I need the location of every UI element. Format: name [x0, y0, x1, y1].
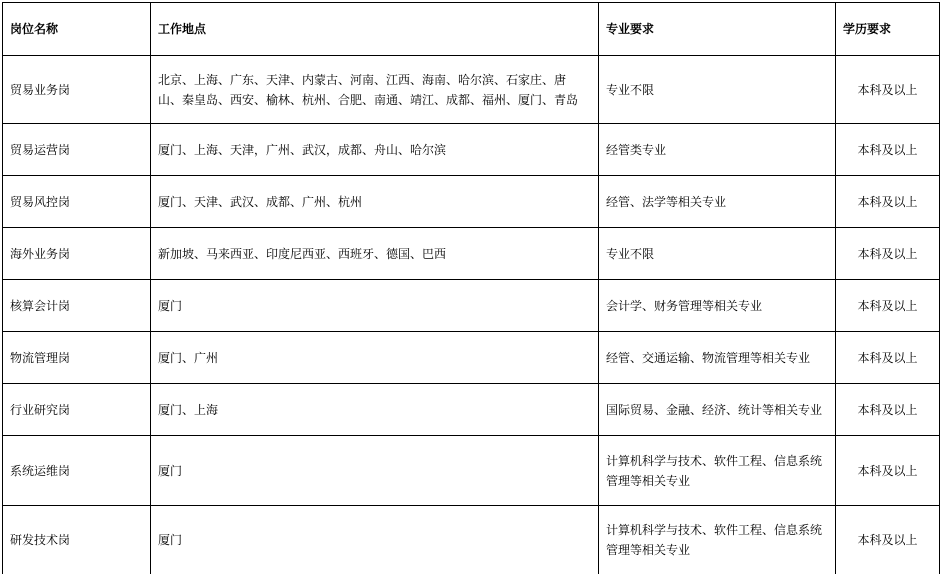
cell-position: 贸易运营岗 [3, 124, 151, 176]
cell-education: 本科及以上 [836, 280, 940, 332]
table-row: 贸易业务岗 北京、上海、广东、天津、内蒙古、河南、江西、海南、哈尔滨、石家庄、唐… [3, 56, 940, 124]
cell-major: 计算机科学与技术、软件工程、信息系统管理等相关专业 [599, 436, 836, 506]
cell-location: 厦门、天津、武汉、成都、广州、杭州 [151, 176, 599, 228]
cell-education: 本科及以上 [836, 124, 940, 176]
cell-major: 专业不限 [599, 56, 836, 124]
table-row: 系统运维岗 厦门 计算机科学与技术、软件工程、信息系统管理等相关专业 本科及以上 [3, 436, 940, 506]
table-row: 物流管理岗 厦门、广州 经管、交通运输、物流管理等相关专业 本科及以上 [3, 332, 940, 384]
table-row: 贸易运营岗 厦门、上海、天津，广州、武汉，成都、舟山、哈尔滨 经管类专业 本科及… [3, 124, 940, 176]
cell-major: 经管类专业 [599, 124, 836, 176]
cell-position: 系统运维岗 [3, 436, 151, 506]
cell-education: 本科及以上 [836, 436, 940, 506]
cell-position: 贸易业务岗 [3, 56, 151, 124]
cell-education: 本科及以上 [836, 384, 940, 436]
table-row: 贸易风控岗 厦门、天津、武汉、成都、广州、杭州 经管、法学等相关专业 本科及以上 [3, 176, 940, 228]
table-row: 海外业务岗 新加坡、马来西亚、印度尼西亚、西班牙、德国、巴西 专业不限 本科及以… [3, 228, 940, 280]
cell-position: 物流管理岗 [3, 332, 151, 384]
table-row: 行业研究岗 厦门、上海 国际贸易、金融、经济、统计等相关专业 本科及以上 [3, 384, 940, 436]
cell-education: 本科及以上 [836, 506, 940, 574]
cell-education: 本科及以上 [836, 176, 940, 228]
cell-location: 厦门、上海、天津，广州、武汉，成都、舟山、哈尔滨 [151, 124, 599, 176]
cell-position: 贸易风控岗 [3, 176, 151, 228]
cell-location: 新加坡、马来西亚、印度尼西亚、西班牙、德国、巴西 [151, 228, 599, 280]
table-row: 研发技术岗 厦门 计算机科学与技术、软件工程、信息系统管理等相关专业 本科及以上 [3, 506, 940, 574]
cell-position: 海外业务岗 [3, 228, 151, 280]
cell-major: 国际贸易、金融、经济、统计等相关专业 [599, 384, 836, 436]
cell-position: 研发技术岗 [3, 506, 151, 574]
cell-location: 厦门、上海 [151, 384, 599, 436]
recruitment-page: 岗位名称 工作地点 专业要求 学历要求 贸易业务岗 北京、上海、广东、天津、内蒙… [0, 0, 941, 574]
cell-education: 本科及以上 [836, 56, 940, 124]
cell-education: 本科及以上 [836, 228, 940, 280]
table-header-row: 岗位名称 工作地点 专业要求 学历要求 [3, 3, 940, 56]
cell-major: 计算机科学与技术、软件工程、信息系统管理等相关专业 [599, 506, 836, 574]
cell-major: 经管、交通运输、物流管理等相关专业 [599, 332, 836, 384]
header-location: 工作地点 [151, 3, 599, 56]
cell-location: 厦门 [151, 436, 599, 506]
header-position: 岗位名称 [3, 3, 151, 56]
table-row: 核算会计岗 厦门 会计学、财务管理等相关专业 本科及以上 [3, 280, 940, 332]
cell-location: 厦门、广州 [151, 332, 599, 384]
header-major: 专业要求 [599, 3, 836, 56]
cell-location: 厦门 [151, 506, 599, 574]
cell-position: 行业研究岗 [3, 384, 151, 436]
cell-major: 经管、法学等相关专业 [599, 176, 836, 228]
header-education: 学历要求 [836, 3, 940, 56]
cell-education: 本科及以上 [836, 332, 940, 384]
cell-location: 厦门 [151, 280, 599, 332]
cell-location: 北京、上海、广东、天津、内蒙古、河南、江西、海南、哈尔滨、石家庄、唐山、秦皇岛、… [151, 56, 599, 124]
cell-major: 专业不限 [599, 228, 836, 280]
job-positions-table: 岗位名称 工作地点 专业要求 学历要求 贸易业务岗 北京、上海、广东、天津、内蒙… [2, 2, 940, 574]
cell-position: 核算会计岗 [3, 280, 151, 332]
cell-major: 会计学、财务管理等相关专业 [599, 280, 836, 332]
